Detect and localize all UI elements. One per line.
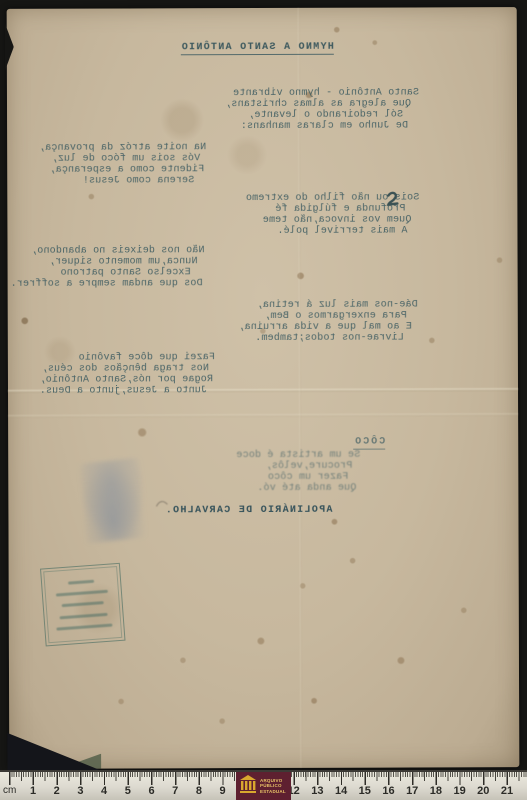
ruler-number: 4 xyxy=(101,785,107,797)
text-line: E ao mal que a vida arruina, xyxy=(238,321,412,333)
stanza-5: Dáe-nos mais luz á retina,Para enxergarm… xyxy=(238,299,418,344)
text-line: Não nos deixeis no abandono, xyxy=(10,245,204,257)
measuring-ruler: cm 123456789101112131415161718192021 ARQ… xyxy=(0,770,527,800)
text-line: Procure,velôs, xyxy=(236,461,352,472)
ruler-number: 21 xyxy=(501,785,513,797)
text-line: Excelso Santo patrono xyxy=(10,267,190,279)
archive-logo-text: ARQUIVO PÚBLICO ESTADUAL xyxy=(260,778,286,795)
text-line: Quem vos invoca,não teme xyxy=(246,214,412,226)
stamp-text-line xyxy=(62,602,104,608)
text-line: Fidente como a esperança, xyxy=(39,164,204,176)
ruler-number: 8 xyxy=(196,785,202,797)
ruler-number: 1 xyxy=(30,785,36,797)
text-line: Profunda e fúlgida fé xyxy=(246,204,406,216)
stamp-text-line xyxy=(68,580,94,585)
text-line: Nunca,um momento siquer, xyxy=(10,256,197,268)
archive-building-icon xyxy=(239,774,257,799)
stanza-1: Santo Antônio - hymno vibranteQue alegra… xyxy=(225,87,419,132)
ink-mark xyxy=(385,192,399,213)
text-line: Fazer um côco xyxy=(236,472,348,483)
document-sheet: HYMNO A SANTO ANTÔNIO Santo Antônio - hy… xyxy=(7,7,520,769)
text-line: Nos traga bênçãos dos céus, xyxy=(39,363,209,375)
ruler-number: 3 xyxy=(77,785,83,797)
author-line: APOLINÁRIO DE CARVALHO. xyxy=(164,505,332,517)
ruler-unit-label: cm xyxy=(3,785,16,796)
ruler-number: 7 xyxy=(172,785,178,797)
ruler-number: 15 xyxy=(359,785,371,797)
text-line: Livrae-nos todos;tambem. xyxy=(238,333,404,345)
text-line: Se um artista é doce xyxy=(236,450,360,461)
text-line: De Junho em claras manhans: xyxy=(225,120,408,132)
text-line: Para enxergarmos o Bem, xyxy=(238,310,407,322)
ruler-number: 14 xyxy=(335,785,347,797)
ruler-number: 16 xyxy=(382,785,394,797)
text-line: Que alegra as almas christans, xyxy=(225,98,411,110)
text-line: Dos que andam sempre a soffrer. xyxy=(10,278,202,290)
text-line: Dáe-nos mais luz á retina, xyxy=(238,299,418,311)
text-line: Na noite atróz da provança, xyxy=(39,142,206,154)
stamp-text-line xyxy=(56,623,112,630)
ruler-number: 20 xyxy=(477,785,489,797)
ruler-number: 6 xyxy=(148,785,154,797)
coco-heading: CÔCO xyxy=(353,437,385,450)
text-line: Rogae por nós,Santo Antônio, xyxy=(39,374,213,386)
stanza-2: Na noite atróz da provança,Vós sois um f… xyxy=(39,142,207,187)
pencil-mark xyxy=(154,496,170,514)
text-line: A mais terrivel polé. xyxy=(246,225,408,237)
ruler-number: 9 xyxy=(220,785,226,797)
archive-stamp-text xyxy=(43,566,122,643)
stamp-text-line xyxy=(56,590,109,597)
ruler-number: 19 xyxy=(453,785,465,797)
document-title: HYMNO A SANTO ANTÔNIO xyxy=(180,42,333,56)
ruler-number: 5 xyxy=(125,785,131,797)
mirrored-text-layer: HYMNO A SANTO ANTÔNIO Santo Antônio - hy… xyxy=(7,7,520,769)
text-line: Serena como Jesus! xyxy=(39,175,194,187)
ruler-number: 13 xyxy=(311,785,323,797)
logo-text-line: ESTADUAL xyxy=(260,789,286,795)
stamp-text-line xyxy=(60,612,107,618)
ruler-number: 18 xyxy=(430,785,442,797)
text-line: Fazei que dôce favônio xyxy=(39,352,215,364)
text-line: Santo Antônio - hymno vibrante xyxy=(225,87,419,99)
text-line: Vós sois um fóco de luz, xyxy=(39,153,200,165)
text-line: Que anda até vó. xyxy=(236,483,356,494)
ruler-number: 2 xyxy=(54,785,60,797)
ruler-number: 17 xyxy=(406,785,418,797)
text-line: Junto a Jesus,junto a Deus. xyxy=(39,385,207,397)
stanza-4: Não nos deixeis no abandono,Nunca,um mom… xyxy=(10,245,204,290)
text-line: Sól redoirando o levante, xyxy=(225,110,403,122)
archive-stamp xyxy=(40,563,125,647)
coco-verse: Se um artista é doceProcure,velôs,Fazer … xyxy=(236,450,360,494)
stanza-6: Fazei que dôce favônioNos traga bênçãos … xyxy=(39,352,215,397)
archive-logo: ARQUIVO PÚBLICO ESTADUAL xyxy=(236,772,291,800)
